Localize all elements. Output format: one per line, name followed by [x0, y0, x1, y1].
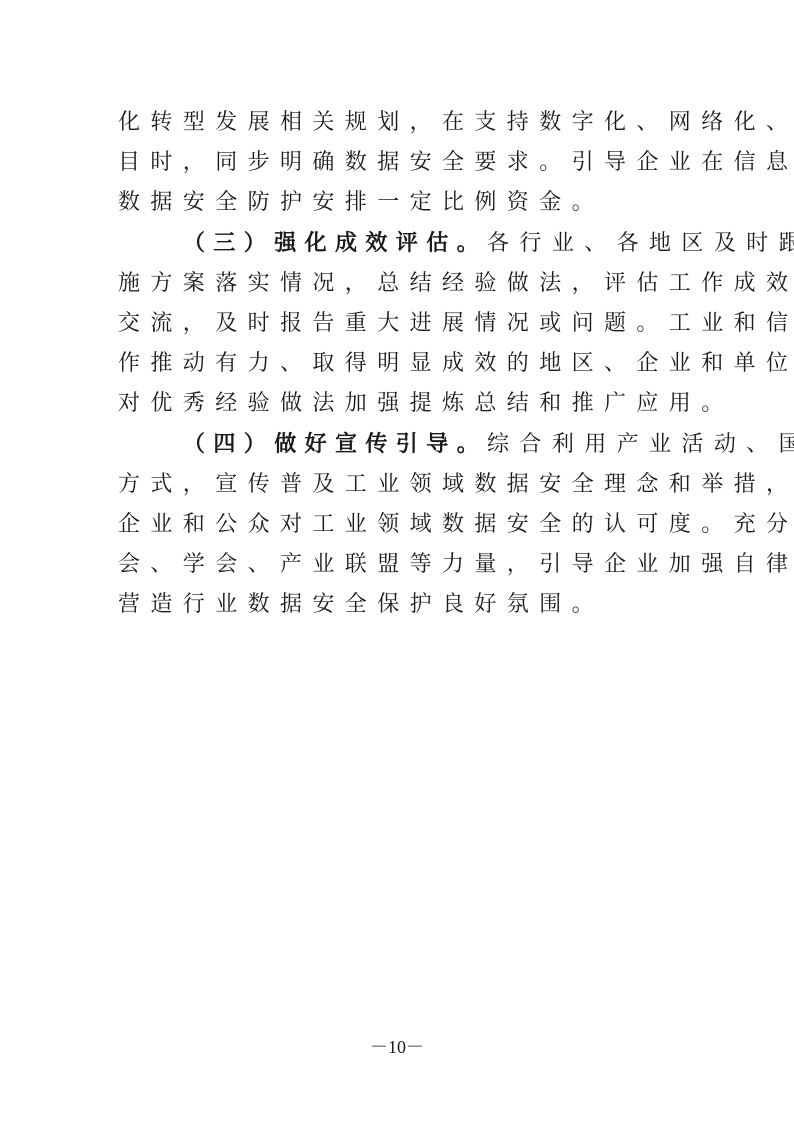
- text-line: 方式，宣传普及工业领域数据安全理念和举措，提高地方、: [118, 465, 686, 505]
- document-body: 化转型发展相关规划，在支持数字化、网络化、智能化等项 目时，同步明确数据安全要求…: [118, 103, 686, 626]
- text-line: 目时，同步明确数据安全要求。引导企业在信息化建设中为: [118, 143, 686, 183]
- text-line: 作推动有力、取得明显成效的地区、企业和单位予以表扬，: [118, 344, 686, 384]
- section-heading-evaluation: （三）强化成效评估。: [183, 231, 487, 256]
- text-run: 综合利用产业活动、国际合作等: [487, 432, 794, 457]
- text-line: 会、学会、产业联盟等力量，引导企业加强自律、凝聚共识，: [118, 545, 686, 585]
- text-line: 企业和公众对工业领域数据安全的认可度。充分调动行业协: [118, 505, 686, 545]
- text-line: 对优秀经验做法加强提炼总结和推广应用。: [118, 384, 686, 424]
- text-run: 各行业、各地区及时跟踪调度实: [487, 231, 794, 256]
- paragraph-continuation: 化转型发展相关规划，在支持数字化、网络化、智能化等项 目时，同步明确数据安全要求…: [118, 103, 686, 224]
- text-line: 交流，及时报告重大进展情况或问题。工业和信息化部对工: [118, 304, 686, 344]
- text-line: 营造行业数据安全保护良好氛围。: [118, 585, 686, 625]
- paragraph-publicity: （四）做好宣传引导。综合利用产业活动、国际合作等 方式，宣传普及工业领域数据安全…: [118, 425, 686, 626]
- text-line: 数据安全防护安排一定比例资金。: [118, 183, 686, 223]
- text-line: （三）强化成效评估。各行业、各地区及时跟踪调度实: [118, 224, 686, 264]
- section-heading-publicity: （四）做好宣传引导。: [183, 432, 487, 457]
- text-line: 化转型发展相关规划，在支持数字化、网络化、智能化等项: [118, 103, 686, 143]
- text-line: 施方案落实情况，总结经验做法，评估工作成效，加强沟通: [118, 264, 686, 304]
- paragraph-evaluation: （三）强化成效评估。各行业、各地区及时跟踪调度实 施方案落实情况，总结经验做法，…: [118, 224, 686, 425]
- page-number: －10－: [0, 1033, 794, 1059]
- text-line: （四）做好宣传引导。综合利用产业活动、国际合作等: [118, 425, 686, 465]
- document-page: 化转型发展相关规划，在支持数字化、网络化、智能化等项 目时，同步明确数据安全要求…: [0, 0, 794, 1123]
